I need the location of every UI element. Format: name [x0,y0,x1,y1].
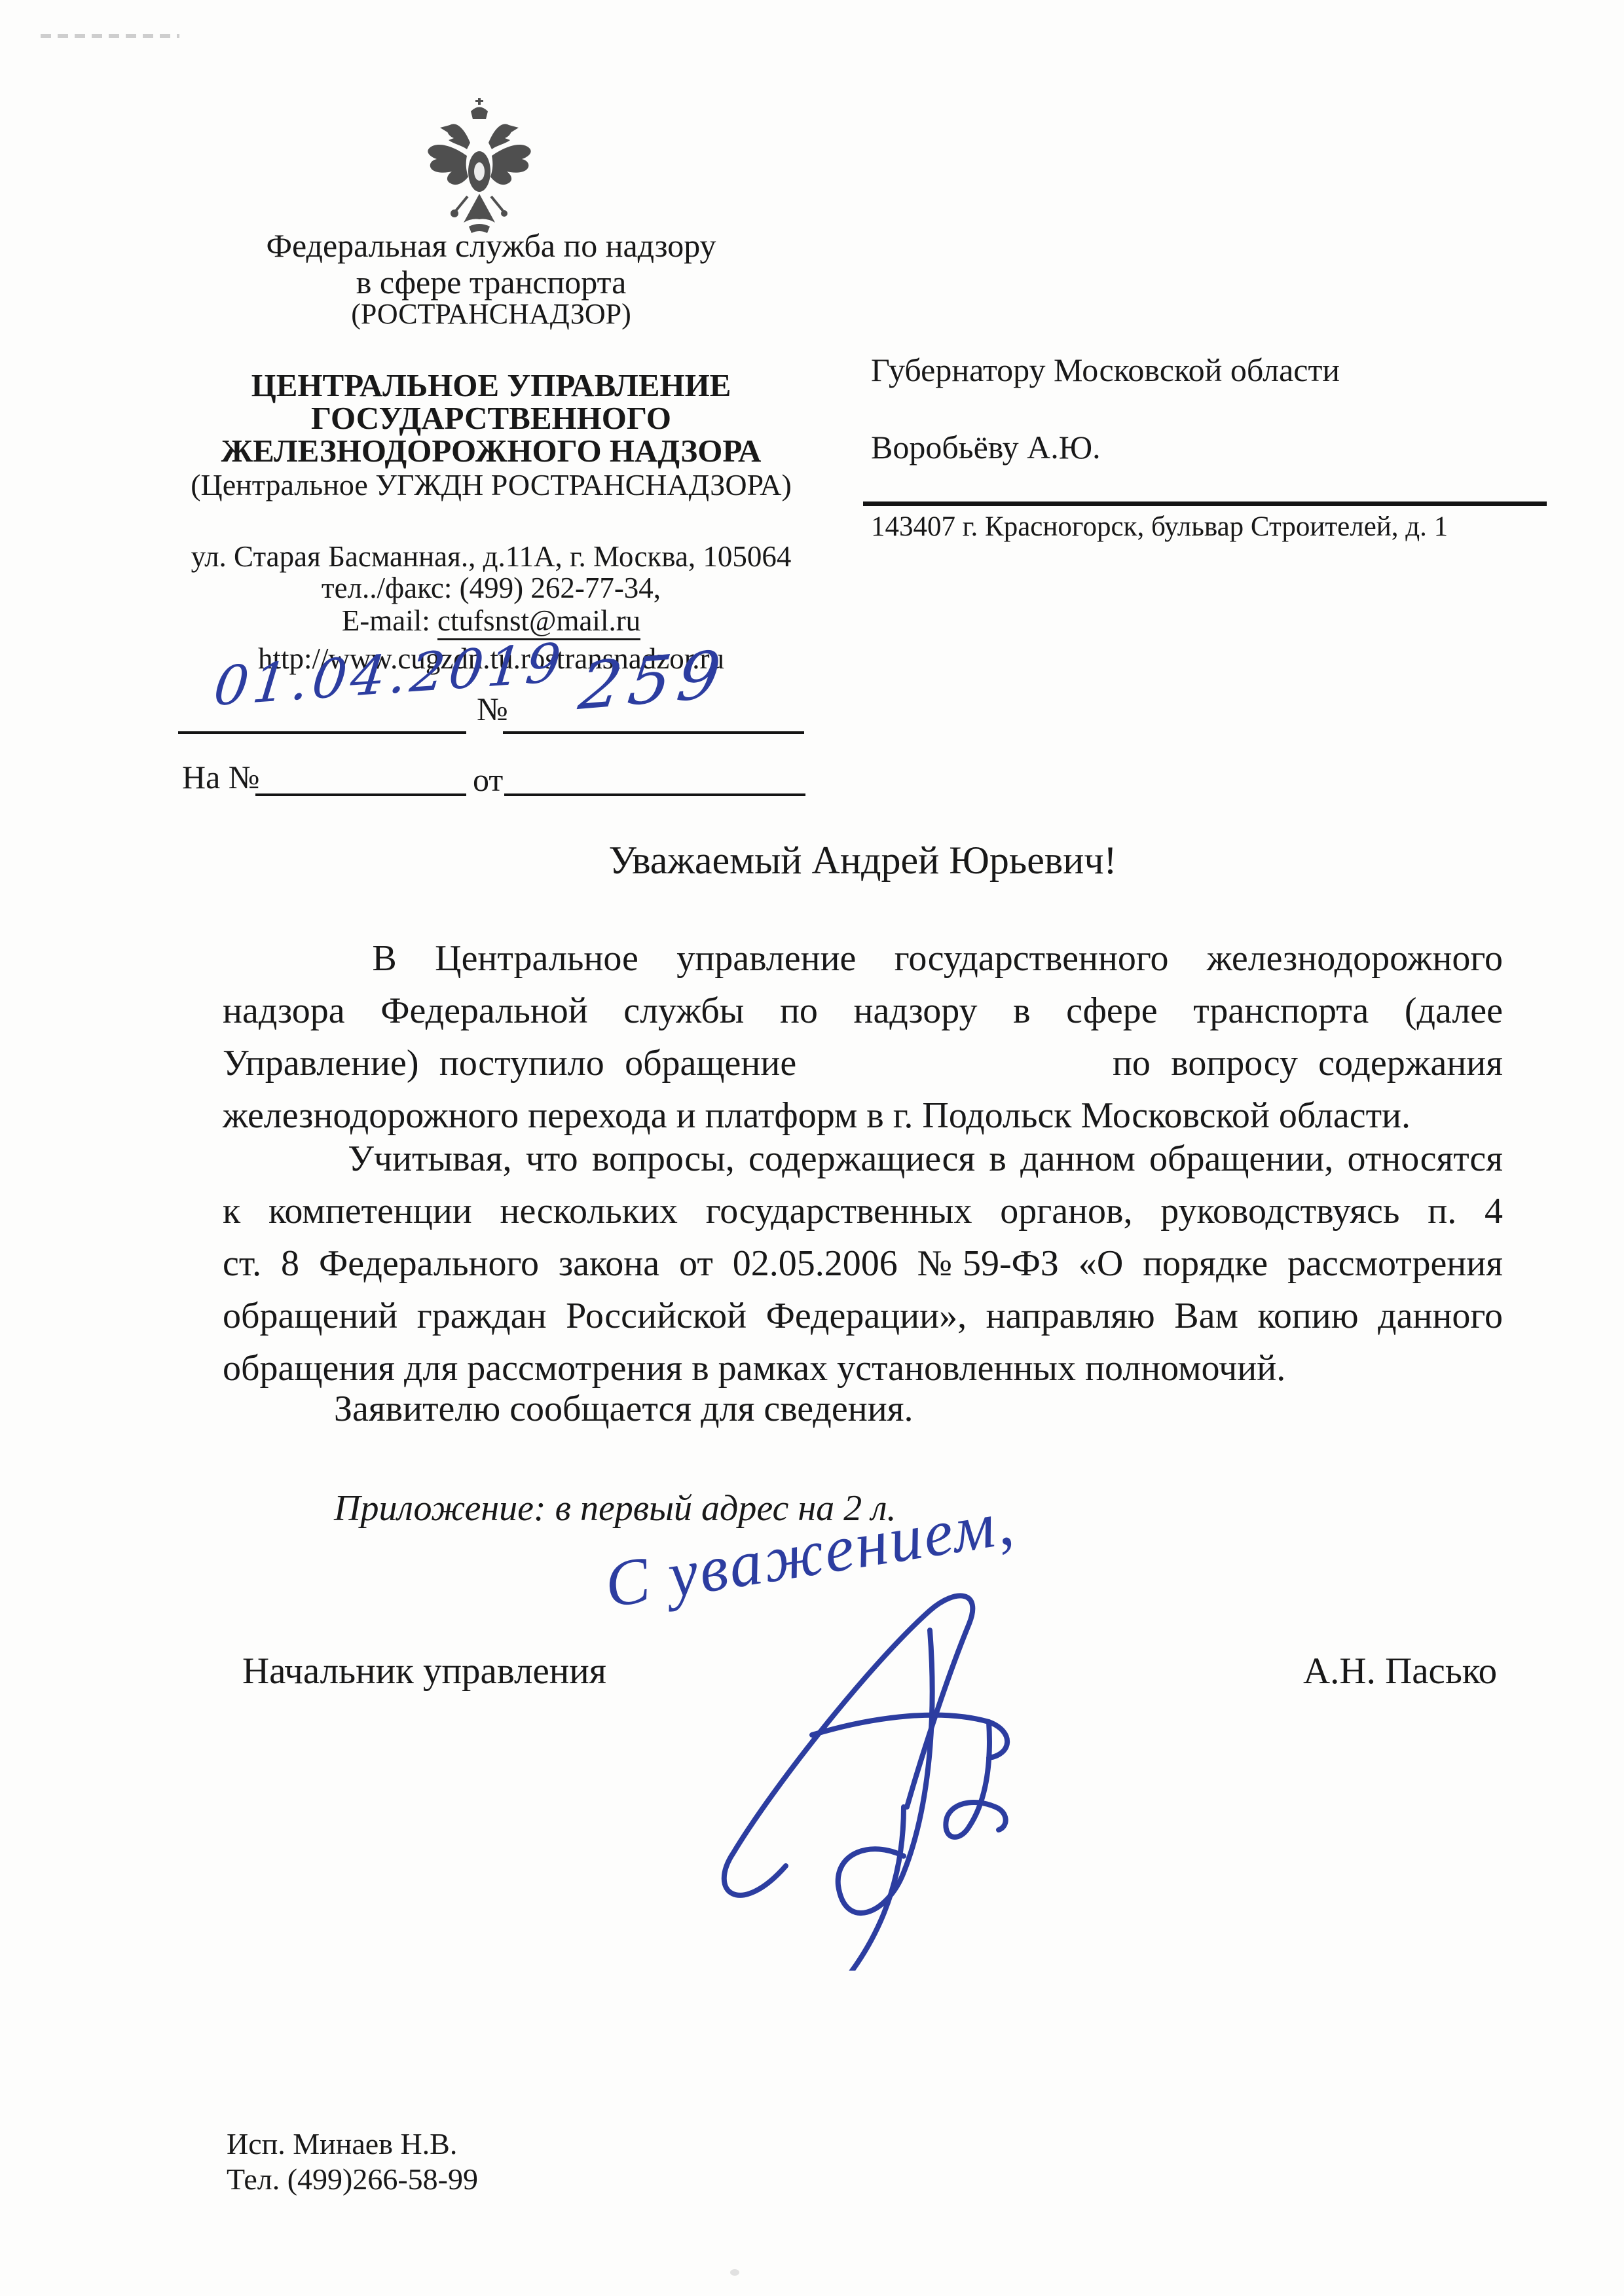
org-name-line1: ЦЕНТРАЛЬНОЕ УПРАВЛЕНИЕ [170,367,812,404]
recipient-divider-line [863,501,1547,506]
recipient-position: Губернатору Московской области [871,351,1340,389]
signature-area: С уважением, [563,1499,1185,1971]
email-label: E-mail: [342,604,437,637]
scan-artifact-speck [730,2269,739,2276]
paragraph-3: Заявителю сообщается для сведения. [334,1388,913,1430]
scan-artifact-streak [41,34,179,38]
executor-phone: Тел. (499)266-58-99 [227,2162,478,2196]
paragraph-2-line-4: обращений граждан Российской Федерации»,… [223,1290,1503,1342]
paragraph-2-line-5: обращения для рассмотрения в рамках уста… [223,1342,1503,1394]
paragraph-2-line-2: к компетенции нескольких государственных… [223,1185,1503,1237]
paragraph-2-line-1: Учитывая, что вопросы, содержащиеся в да… [223,1133,1503,1185]
service-short-name: (РОСТРАНСНАДЗОР) [170,297,812,331]
org-postal-address: ул. Старая Басманная., д.11А, г. Москва,… [170,539,812,574]
date-blank-line [178,731,466,734]
reply-to-number-label: На № [182,758,260,796]
reply-date-blank-line [504,793,805,796]
paragraph-1-line-1: В Центральное управление государственног… [223,932,1503,985]
org-name-line3: ЖЕЛЕЗНОДОРОЖНОГО НАДЗОРА [170,432,812,469]
salutation: Уважаемый Андрей Юрьевич! [223,838,1503,883]
org-name-line2: ГОСУДАРСТВЕННОГО [170,399,812,437]
paragraph-1-line-2: надзора Федеральной службы по надзору в … [223,985,1503,1037]
closing-handwritten: С уважением, [600,1499,1020,1622]
service-name-line2: в сфере транспорта [170,263,812,301]
number-sign-label: № [477,690,508,728]
signer-title: Начальник управления [242,1650,606,1692]
paragraph-2: Учитывая, что вопросы, содержащиеся в да… [223,1133,1503,1394]
reply-number-blank-line [255,793,466,796]
paragraph-2-line-3: ст. 8 Федерального закона от 02.05.2006 … [223,1237,1503,1290]
letter-page: Федеральная служба по надзору в сфере тр… [0,0,1624,2296]
signature-scribble [724,1595,1007,1971]
reply-from-label: от [473,761,503,799]
service-name-line1: Федеральная служба по надзору [170,227,812,264]
recipient-name: Воробьёву А.Ю. [871,428,1101,466]
org-email-line: E-mail: ctufsnst@mail.ru [170,604,812,638]
redacted-gap [817,1074,1092,1075]
signer-name: А.Н. Пасько [1303,1650,1497,1692]
number-blank-line [503,731,804,734]
org-short-name: (Центральное УГЖДН РОСТРАНСНАДЗОРА) [170,467,812,502]
paragraph-1: В Центральное управление государственног… [223,932,1503,1142]
handwritten-number: 259 [575,636,731,725]
paragraph-1-line-3: Управление) поступило обращение по вопро… [223,1037,1503,1089]
org-phone: тел../факс: (499) 262-77-34, [170,571,812,605]
recipient-address: 143407 г. Красногорск, бульвар Строителе… [871,511,1448,543]
executor-name: Исп. Минаев Н.В. [227,2126,457,2161]
